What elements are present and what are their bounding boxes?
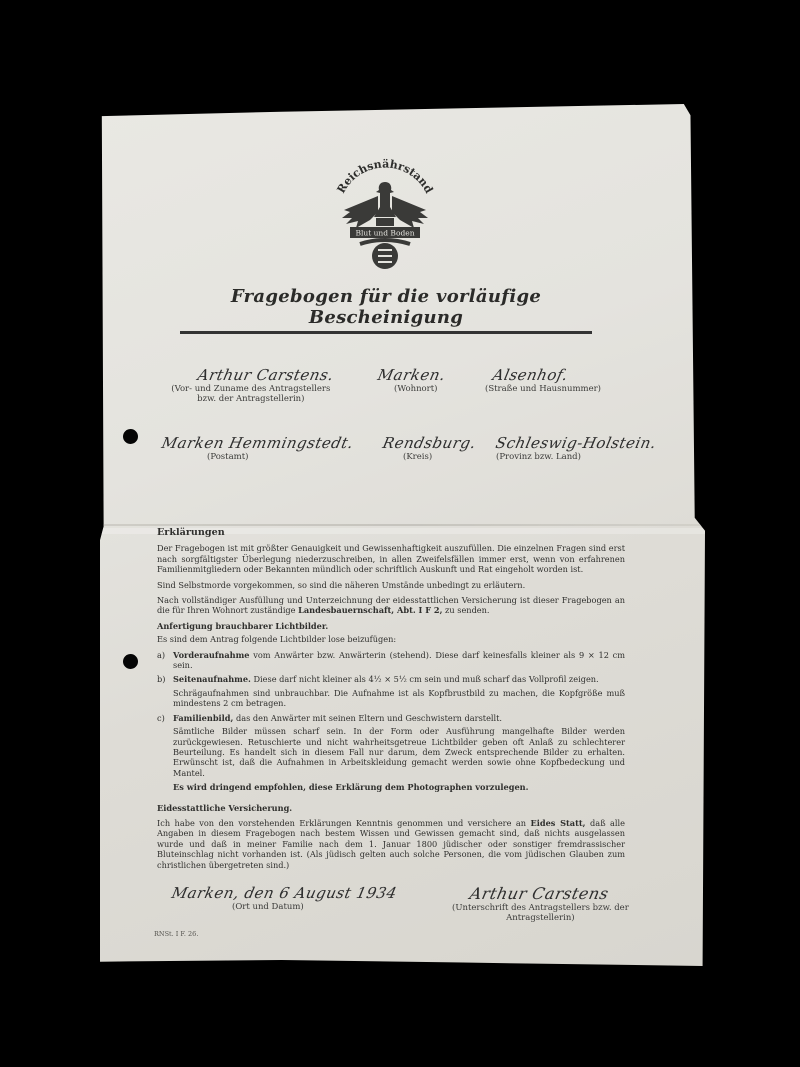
district-field: Rendsburg. (Kreis) bbox=[383, 434, 476, 462]
document-title: Fragebogen für die vorläufige Bescheinig… bbox=[180, 286, 592, 334]
section-heading: Erklärungen bbox=[157, 528, 625, 538]
field-caption: (Kreis) bbox=[403, 452, 476, 462]
post-office-field: Marken Hemmingstedt. (Postamt) bbox=[162, 434, 353, 462]
applicant-name-field: Arthur Carstens. (Vor- und Zuname des An… bbox=[168, 366, 334, 404]
signature-field: Arthur Carstens (Unterschrift des Antrag… bbox=[452, 884, 629, 923]
paragraph: Der Fragebogen ist mit größter Genauigke… bbox=[157, 543, 625, 574]
field-caption: (Postamt) bbox=[207, 452, 353, 462]
affidavit-paragraph: Ich habe von den vorstehenden Erklärunge… bbox=[157, 818, 625, 870]
fold-crease bbox=[100, 524, 705, 526]
punch-hole bbox=[123, 429, 138, 444]
punch-hole bbox=[123, 654, 138, 669]
handwritten-value: Marken. bbox=[376, 366, 447, 384]
list-item: c) Familienbild, das den Anwärter mit se… bbox=[157, 713, 625, 793]
field-caption: (Vor- und Zuname des Antragstellers bzw.… bbox=[168, 384, 334, 404]
emblem-banner-text: Blut und Boden bbox=[355, 229, 414, 238]
field-caption: (Provinz bzw. Land) bbox=[496, 452, 656, 462]
street-field: Alsenhof. (Straße und Hausnummer) bbox=[485, 366, 601, 394]
document-page: Reichsnährstand Blut und Boden Frageboge… bbox=[100, 104, 705, 966]
eagle-emblem-icon: Reichsnährstand Blut und Boden bbox=[330, 154, 440, 274]
photo-requirements-list: a) Vorderaufnahme vom Anwärter bzw. Anwä… bbox=[157, 650, 625, 793]
handwritten-value: Marken, den 6 August 1934 bbox=[170, 884, 399, 902]
handwritten-value: Rendsburg. bbox=[381, 434, 478, 452]
section-heading: Anfertigung brauchbarer Lichtbilder. bbox=[157, 621, 625, 631]
paragraph: Nach vollständiger Ausfüllung und Unterz… bbox=[157, 595, 625, 616]
paragraph: Es sind dem Antrag folgende Lichtbilder … bbox=[157, 634, 625, 644]
field-caption: (Unterschrift des Antragstellers bzw. de… bbox=[452, 903, 629, 923]
field-caption: (Wohnort) bbox=[394, 384, 445, 394]
form-code: RNSt. I F. 26. bbox=[154, 930, 198, 938]
handwritten-value: Marken Hemmingstedt. bbox=[160, 434, 355, 452]
place-date-field: Marken, den 6 August 1934 (Ort und Datum… bbox=[172, 884, 397, 912]
list-item: a) Vorderaufnahme vom Anwärter bzw. Anwä… bbox=[157, 650, 625, 671]
list-item: b) Seitenaufnahme. Diese darf nicht klei… bbox=[157, 674, 625, 708]
signature: Arthur Carstens bbox=[468, 884, 631, 903]
field-caption: (Straße und Hausnummer) bbox=[485, 384, 601, 394]
province-field: Schleswig-Holstein. (Provinz bzw. Land) bbox=[496, 434, 656, 462]
handwritten-value: Schleswig-Holstein. bbox=[494, 434, 658, 452]
field-caption: (Ort und Datum) bbox=[232, 902, 397, 912]
paragraph: Sind Selbstmorde vorgekommen, so sind di… bbox=[157, 580, 625, 590]
instructions-section: Erklärungen Der Fragebogen ist mit größt… bbox=[157, 528, 625, 875]
residence-field: Marken. (Wohnort) bbox=[378, 366, 445, 394]
section-heading: Eidesstattliche Versicherung. bbox=[157, 803, 625, 813]
handwritten-value: Arthur Carstens. bbox=[196, 366, 335, 384]
handwritten-value: Alsenhof. bbox=[491, 366, 603, 384]
